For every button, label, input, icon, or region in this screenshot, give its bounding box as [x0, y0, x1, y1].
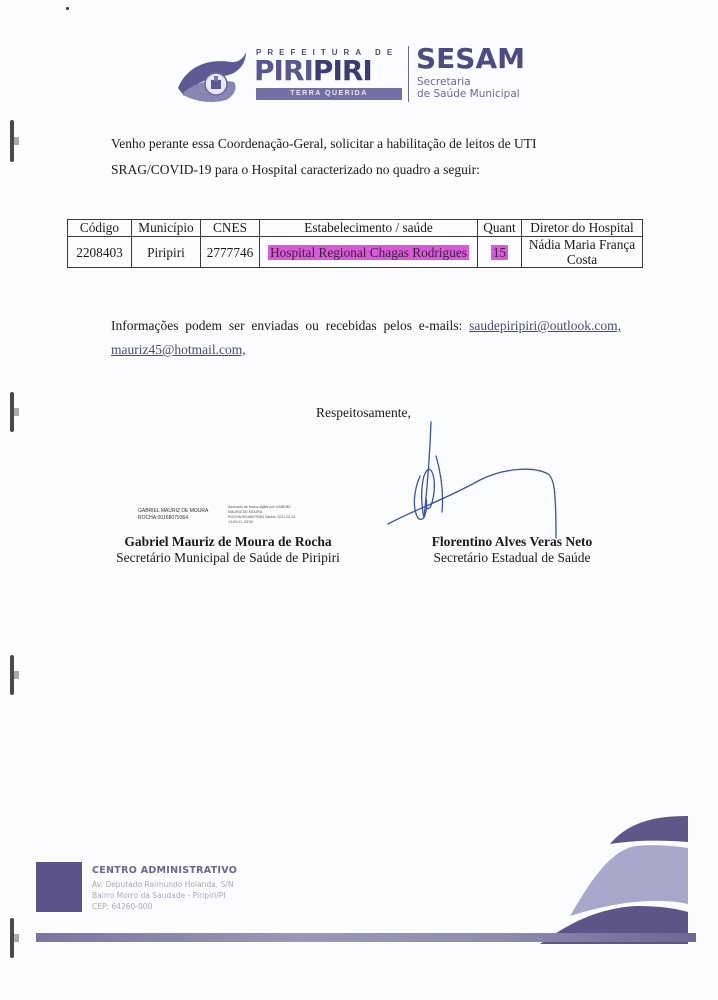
- city-name-part1: PIRI: [254, 54, 313, 87]
- footer-address-line: Av. Deputado Raimundo Holanda, S/N: [92, 880, 233, 889]
- city-emblem-icon: [176, 48, 248, 104]
- scan-dust-mark: [66, 7, 69, 10]
- highlighted-quantity: 15: [491, 245, 508, 260]
- cell-quant: 15: [478, 237, 522, 268]
- signatory-role: Secretário Estadual de Saúde: [412, 550, 612, 566]
- col-header-estabelecimento: Estabelecimento / saúde: [260, 220, 478, 237]
- org-full-name: Secretaria de Saúde Municipal: [417, 76, 520, 100]
- logo-divider: [408, 46, 409, 102]
- letterhead-logo: PREFEITURA DE PIRIPIRI TERRA QUERIDA SES…: [176, 44, 546, 106]
- signatory-name: Gabriel Mauriz de Moura de Rocha: [108, 534, 348, 550]
- footer-address-line: Bairro Morro da Saudade - Piripiri/PI: [92, 891, 226, 900]
- contact-text: Informações podem ser enviadas ou recebi…: [111, 318, 462, 333]
- scan-edge-mark: [10, 655, 14, 695]
- signatory-state: Florentino Alves Veras Neto Secretário E…: [412, 534, 612, 566]
- cell-municipio: Piripiri: [132, 237, 201, 268]
- signatory-name: Florentino Alves Veras Neto: [412, 534, 612, 550]
- signatory-municipal: Gabriel Mauriz de Moura de Rocha Secretá…: [108, 534, 348, 566]
- salutation: Respeitosamente,: [316, 405, 411, 421]
- col-header-codigo: Código: [68, 220, 132, 237]
- digital-signature-stamp: GABRIEL MAURIZ DE MOURA ROCHA:0016807936…: [138, 508, 208, 522]
- org-acronym: SESAM: [416, 42, 525, 75]
- intro-paragraph: Venho perante essa Coordenação-Geral, so…: [111, 131, 621, 183]
- footer-title: CENTRO ADMINISTRATIVO: [92, 865, 237, 876]
- email-link-mauriz[interactable]: mauriz45@hotmail.com,: [111, 342, 246, 357]
- cell-codigo: 2208403: [68, 237, 132, 268]
- city-name: PIRIPIRI: [254, 54, 372, 88]
- digital-signature-id: ROCHA:00168079364: [138, 515, 208, 522]
- footer-wave-decoration: [540, 812, 700, 944]
- footer-square-decoration: [36, 862, 82, 912]
- footer-bar: [36, 933, 696, 942]
- highlighted-hospital-name: Hospital Regional Chagas Rodrigues: [268, 245, 469, 260]
- table-header-row: Código Município CNES Estabelecimento / …: [68, 220, 643, 237]
- hospital-table: Código Município CNES Estabelecimento / …: [67, 219, 643, 268]
- col-header-diretor: Diretor do Hospital: [522, 220, 643, 237]
- scan-edge-mark: [10, 918, 14, 958]
- digital-signature-note: Assinado de forma digital por GABRIEL MA…: [228, 505, 298, 525]
- handwritten-signature: [384, 420, 584, 540]
- col-header-municipio: Município: [132, 220, 201, 237]
- signatory-role: Secretário Municipal de Saúde de Piripir…: [108, 550, 348, 566]
- city-tagline: TERRA QUERIDA: [256, 88, 402, 100]
- footer-address-line: CEP: 64260-000: [92, 902, 152, 911]
- contact-paragraph: Informações podem ser enviadas ou recebi…: [111, 314, 621, 362]
- digital-signature-name: GABRIEL MAURIZ DE MOURA: [138, 508, 208, 515]
- cell-estabelecimento: Hospital Regional Chagas Rodrigues: [260, 237, 478, 268]
- scan-edge-mark: [10, 120, 14, 162]
- org-line1: Secretaria: [417, 76, 520, 88]
- city-name-part2: PIRI: [313, 54, 372, 87]
- cell-cnes: 2777746: [201, 237, 260, 268]
- cell-diretor: Nádia Maria França Costa: [522, 237, 643, 268]
- table-row: 2208403 Piripiri 2777746 Hospital Region…: [68, 237, 643, 268]
- col-header-quant: Quant: [478, 220, 522, 237]
- scan-edge-mark: [10, 392, 14, 432]
- org-line2: de Saúde Municipal: [417, 88, 520, 100]
- email-link-saude[interactable]: saudepiripiri@outlook.com,: [469, 318, 621, 333]
- col-header-cnes: CNES: [201, 220, 260, 237]
